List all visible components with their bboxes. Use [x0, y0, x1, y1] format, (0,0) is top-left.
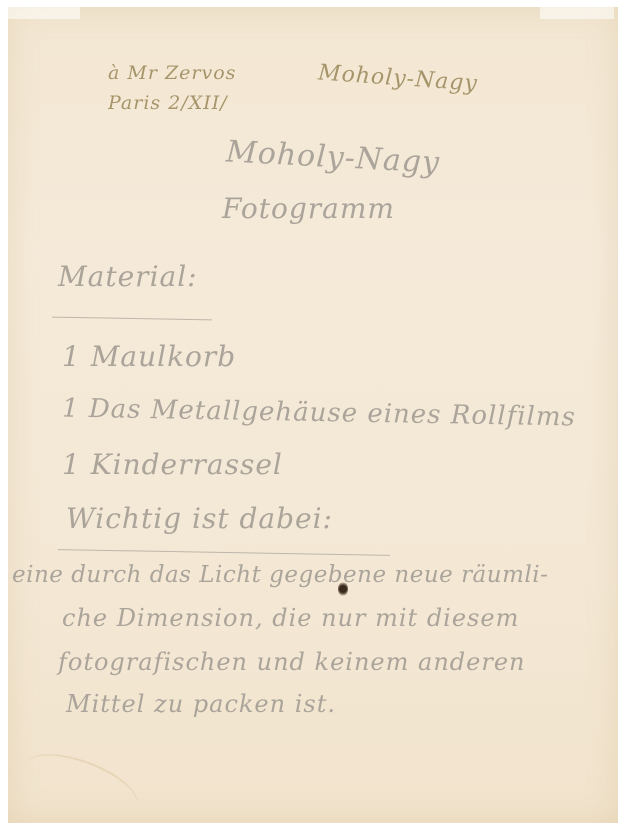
- tape-right: [540, 7, 614, 19]
- material-item: 1 Kinderrassel: [62, 448, 283, 481]
- place-date: Paris 2/XII/: [108, 92, 228, 114]
- body-line: Mittel zu packen ist.: [66, 690, 336, 718]
- ink-spot: [338, 582, 348, 596]
- body-line: fotografischen und keinem anderen: [58, 648, 525, 676]
- body-line: che Dimension, die nur mit diesem: [62, 604, 519, 632]
- material-heading: Material:: [58, 260, 198, 293]
- title: Fotogramm: [222, 192, 395, 225]
- body-line: eine durch das Licht gegebene neue räuml…: [12, 562, 548, 588]
- tape-left: [8, 7, 80, 19]
- dedication: à Mr Zervos: [108, 62, 236, 84]
- important-heading: Wichtig ist dabei:: [66, 502, 333, 535]
- material-item: 1 Maulkorb: [62, 340, 236, 373]
